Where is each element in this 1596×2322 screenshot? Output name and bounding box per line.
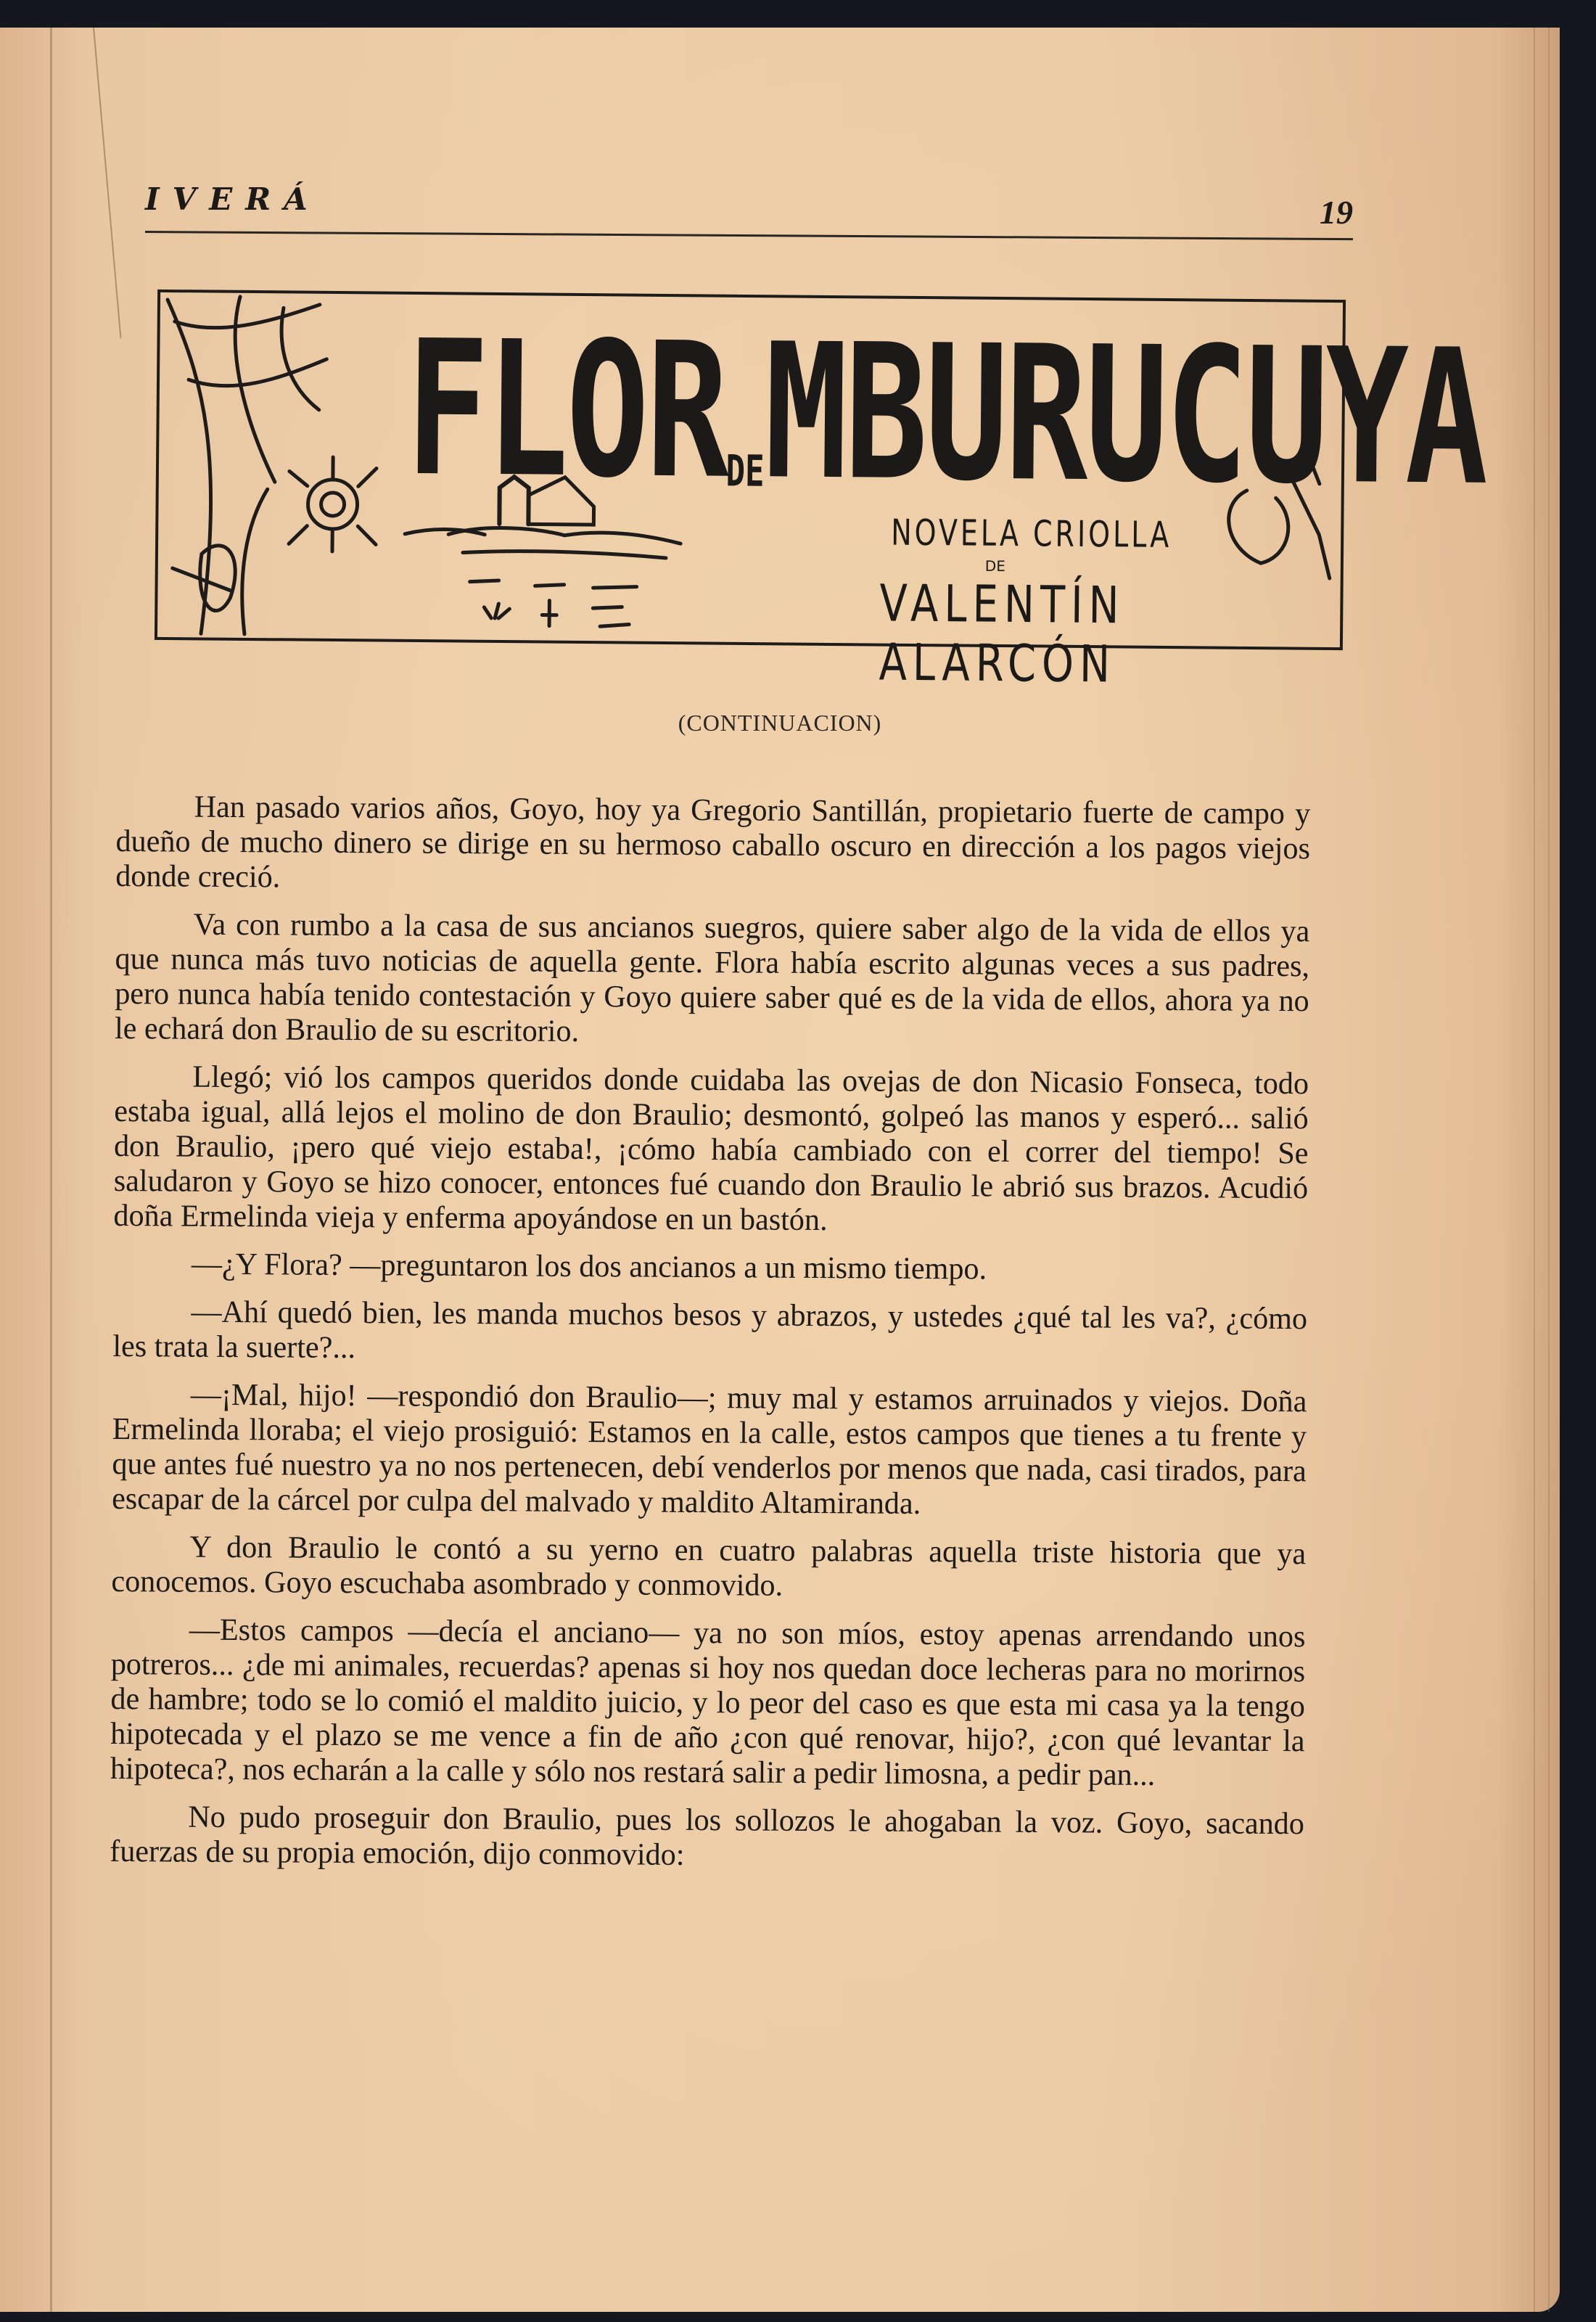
paper-crack [93,28,121,339]
banner-author: VALENTÍN ALARCÓN [879,575,1340,697]
page-crease [50,28,52,2312]
paragraph: Llegó; vió los campos queridos donde cui… [113,1059,1309,1241]
banner-subtitle: NOVELA CRIOLLA [891,512,1172,556]
running-title: IVERÁ [145,181,321,217]
book-page: IVERÁ 19 [0,28,1560,2312]
paragraph: Y don Braulio le contó a su yerno en cua… [111,1530,1306,1607]
page-number: 19 [1320,193,1353,231]
paragraph: —¿Y Flora? —preguntaron los dos ancianos… [113,1247,1308,1289]
paragraph: —¡Mal, hijo! —respondió don Braulio—; mu… [112,1377,1307,1524]
banner-by: DE [985,557,1005,575]
paragraph: —Ahí quedó bien, les manda muchos besos … [112,1295,1307,1371]
paragraph: Han pasado varios años, Goyo, hoy ya Gre… [115,789,1310,901]
section-label: (CONTINUACION) [0,710,1560,737]
paragraph: —Estos campos —decía el anciano— ya no s… [110,1612,1306,1794]
banner-title-second: MBURUCUYA [764,304,1486,527]
paragraph: No pudo proseguir don Braulio, pues los … [110,1800,1304,1876]
page-edge-stack [1534,28,1550,2312]
banner-title-first: FLOR [405,300,727,520]
banner-title: FLORDEMBURUCUYA [406,316,1486,512]
paragraph: Va con rumbo a la casa de sus ancianos s… [115,907,1310,1054]
title-banner: FLORDEMBURUCUYA NOVELA CRIOLLA DE VALENT… [155,290,1346,650]
body-text: Han pasado varios años, Goyo, hoy ya Gre… [110,789,1310,1890]
running-head: IVERÁ 19 [145,181,1353,239]
banner-title-connector: DE [725,446,765,496]
